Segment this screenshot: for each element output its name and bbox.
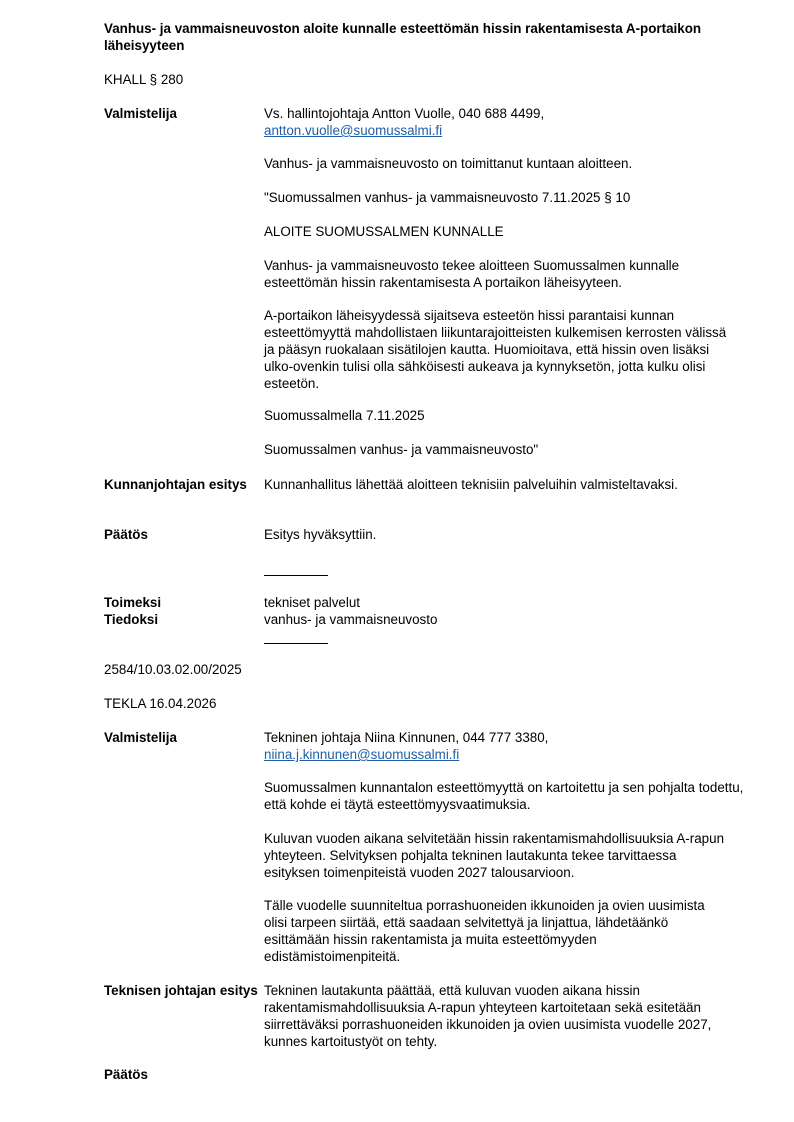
toimeksi-value: tekniset palvelut [264, 594, 744, 611]
khall-paatos-row: Päätös Esitys hyväksyttiin. [104, 526, 744, 543]
document-title: Vanhus- ja vammaisneuvoston aloite kunna… [104, 20, 744, 54]
khall-paragraph-7: Suomussalmen vanhus- ja vammaisneuvosto" [264, 441, 744, 458]
kunnanjohtajan-esitys-row: Kunnanjohtajan esitys Kunnanhallitus läh… [104, 476, 744, 493]
valmistelija-email-link[interactable]: antton.vuolle@suomussalmi.fi [264, 123, 442, 138]
separator-line [264, 575, 328, 576]
valmistelija-value: Tekninen johtaja Niina Kinnunen, 044 777… [264, 729, 744, 763]
section-reference: KHALL § 280 [104, 71, 744, 88]
valmistelija-contact: Tekninen johtaja Niina Kinnunen, 044 777… [264, 729, 744, 746]
tekla-paatos-row: Päätös [104, 1066, 744, 1083]
khall-paragraph-1: Vanhus- ja vammaisneuvosto on toimittanu… [264, 155, 744, 172]
paatos-label: Päätös [104, 1066, 264, 1083]
paatos-text: Esitys hyväksyttiin. [264, 526, 744, 543]
tiedoksi-row: Tiedoksi vanhus- ja vammaisneuvosto [104, 611, 744, 628]
toimeksi-row: Toimeksi tekniset palvelut [104, 594, 744, 611]
diary-number: 2584/10.03.02.00/2025 [104, 661, 744, 678]
teknisen-johtajan-esitys-text: Tekninen lautakunta päättää, että kuluva… [264, 982, 744, 1050]
tekla-paragraph-3: Tälle vuodelle suunniteltua porrashuonei… [264, 897, 724, 965]
tekla-paragraph-2: Kuluvan vuoden aikana selvitetään hissin… [264, 830, 734, 881]
tiedoksi-value: vanhus- ja vammaisneuvosto [264, 611, 744, 628]
khall-paragraph-2: "Suomussalmen vanhus- ja vammaisneuvosto… [264, 189, 744, 206]
teknisen-johtajan-esitys-label: Teknisen johtajan esitys [104, 982, 264, 1050]
khall-paragraph-5: A-portaikon läheisyydessä sijaitseva est… [264, 307, 734, 392]
toimeksi-label: Toimeksi [104, 594, 264, 611]
khall-paragraph-4: Vanhus- ja vammaisneuvosto tekee aloitte… [264, 257, 724, 291]
khall-valmistelija-row: Valmistelija Vs. hallintojohtaja Antton … [104, 105, 744, 139]
tiedoksi-label: Tiedoksi [104, 611, 264, 628]
valmistelija-contact: Vs. hallintojohtaja Antton Vuolle, 040 6… [264, 105, 744, 122]
valmistelija-email-link[interactable]: niina.j.kinnunen@suomussalmi.fi [264, 747, 459, 762]
paatos-label: Päätös [104, 526, 264, 543]
teknisen-johtajan-esitys-row: Teknisen johtajan esitys Tekninen lautak… [104, 982, 744, 1050]
tekla-reference: TEKLA 16.04.2026 [104, 695, 744, 712]
tekla-paragraph-1: Suomussalmen kunnantalon esteettömyyttä … [264, 779, 744, 813]
tekla-valmistelija-row: Valmistelija Tekninen johtaja Niina Kinn… [104, 729, 744, 763]
separator-line [264, 643, 328, 644]
valmistelija-value: Vs. hallintojohtaja Antton Vuolle, 040 6… [264, 105, 744, 139]
khall-paragraph-3: ALOITE SUOMUSSALMEN KUNNALLE [264, 223, 744, 240]
kunnanjohtajan-esitys-label: Kunnanjohtajan esitys [104, 476, 264, 493]
valmistelija-label: Valmistelija [104, 729, 264, 763]
kunnanjohtajan-esitys-text: Kunnanhallitus lähettää aloitteen teknis… [264, 476, 744, 493]
khall-paragraph-6: Suomussalmella 7.11.2025 [264, 407, 744, 424]
valmistelija-label: Valmistelija [104, 105, 264, 139]
